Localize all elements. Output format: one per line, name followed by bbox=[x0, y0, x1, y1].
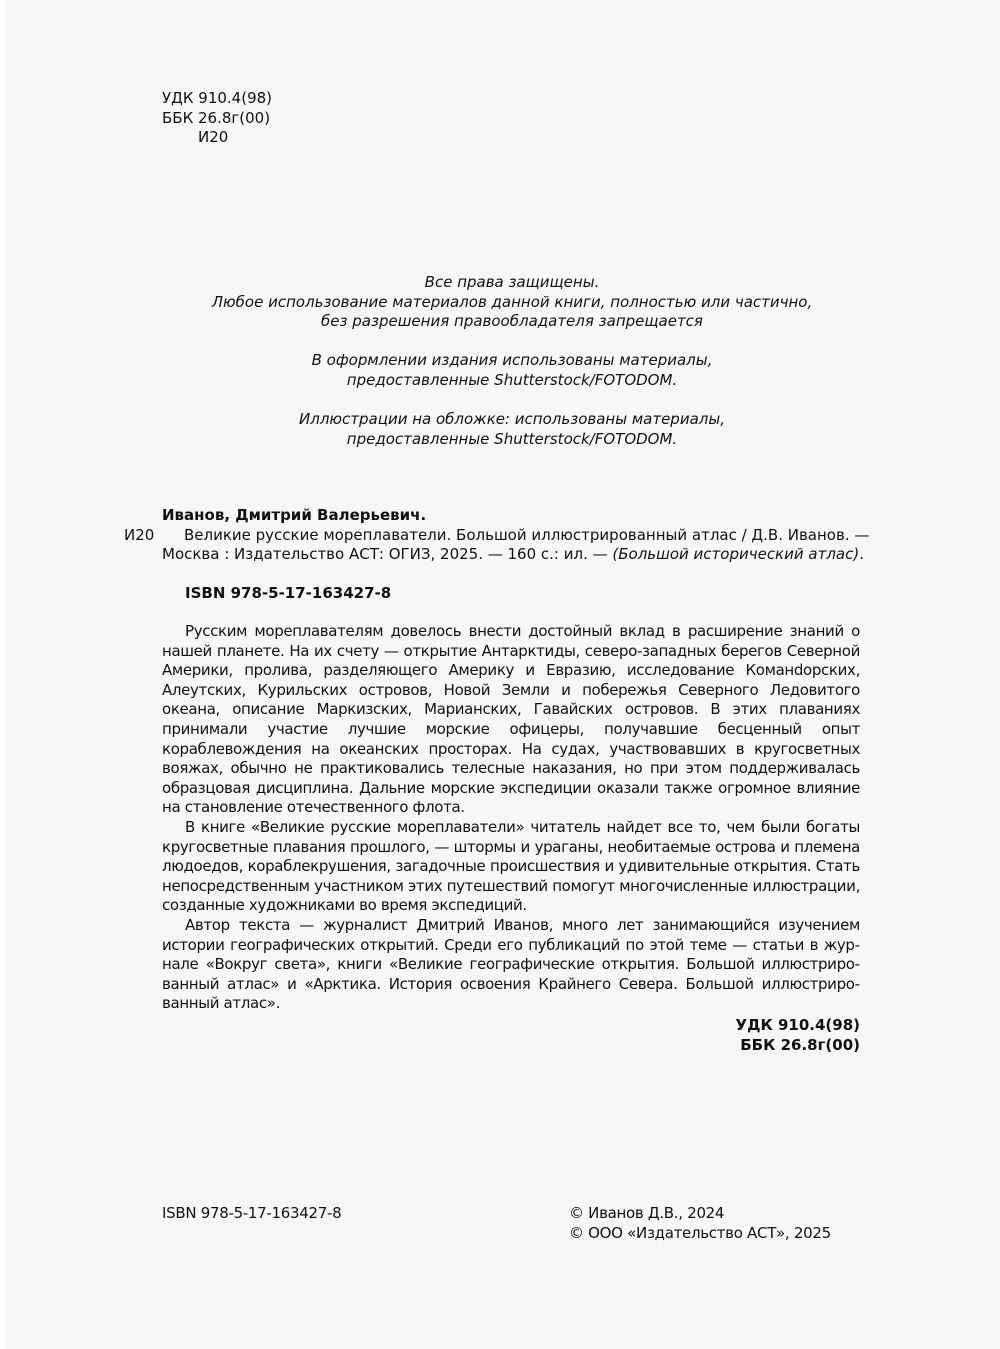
rights-line: Все права защищены. bbox=[0, 273, 1000, 293]
udk-code-bold: УДК 910.4(98) bbox=[700, 1016, 860, 1036]
bbk-code-bold: ББК 26.8г(00) bbox=[700, 1036, 860, 1056]
rights-line: Иллюстрации на обложке: использованы мат… bbox=[0, 410, 1000, 430]
rights-line: предоставленные Shutterstock/FOTODOM. bbox=[0, 371, 1000, 391]
classification-summary: УДК 910.4(98) ББК 26.8г(00) bbox=[700, 1016, 860, 1055]
author-mark: И20 bbox=[162, 128, 272, 148]
record-series-suffix: . bbox=[859, 545, 864, 563]
bbk-code: ББК 26.8г(00) bbox=[162, 109, 272, 129]
rights-block-design: В оформлении издания использованы матери… bbox=[0, 351, 1000, 390]
rights-block-cover: Иллюстрации на обложке: использованы мат… bbox=[0, 410, 1000, 449]
udk-code: УДК 910.4(98) bbox=[162, 89, 272, 109]
rights-block-copyright: Все права защищены. Любое использование … bbox=[0, 273, 1000, 332]
rights-line: без разрешения правообладателя запрещает… bbox=[0, 312, 1000, 332]
annotation: Русским мореплавателям довелось внести д… bbox=[162, 622, 860, 1014]
record-series: (Большой исторический атлас) bbox=[612, 545, 859, 563]
record-title: Великие русские мореплаватели. Большой и… bbox=[162, 526, 869, 544]
footer-isbn: ISBN 978-5-17-163427-8 bbox=[162, 1204, 341, 1224]
classification-block: УДК 910.4(98) ББК 26.8г(00) И20 bbox=[162, 89, 272, 148]
record-code: И20 bbox=[124, 526, 154, 546]
rights-line: Любое использование материалов данной кн… bbox=[0, 293, 1000, 313]
rights-notice: Все права защищены. Любое использование … bbox=[0, 273, 1000, 469]
copyright-publisher: © ООО «Издательство АСТ», 2025 bbox=[569, 1224, 831, 1244]
copyright-author: © Иванов Д.В., 2024 bbox=[569, 1204, 831, 1224]
rights-line: В оформлении издания использованы матери… bbox=[0, 351, 1000, 371]
annotation-paragraph: В книге «Великие русские мореплаватели» … bbox=[162, 818, 860, 916]
copyright-block: © Иванов Д.В., 2024 © ООО «Издательство … bbox=[569, 1204, 831, 1243]
record-author: Иванов, Дмитрий Валерьевич. bbox=[162, 506, 862, 526]
annotation-paragraph: Автор текста — журналист Дмитрий Иванов,… bbox=[162, 916, 860, 1014]
rights-line: предоставленные Shutterstock/FOTODOM. bbox=[0, 430, 1000, 450]
record-isbn: ISBN 978-5-17-163427-8 bbox=[185, 584, 391, 604]
record-title-row: И20 Великие русские мореплаватели. Больш… bbox=[162, 526, 862, 546]
bibliographic-record: Иванов, Дмитрий Валерьевич. И20 Великие … bbox=[162, 506, 862, 565]
record-imprint-row: Москва : Издательство АСТ: ОГИЗ, 2025. —… bbox=[162, 545, 862, 565]
page-edge bbox=[0, 0, 5, 1349]
record-imprint: Москва : Издательство АСТ: ОГИЗ, 2025. —… bbox=[162, 545, 612, 563]
annotation-paragraph: Русским мореплавателям довелось внести д… bbox=[162, 622, 860, 818]
